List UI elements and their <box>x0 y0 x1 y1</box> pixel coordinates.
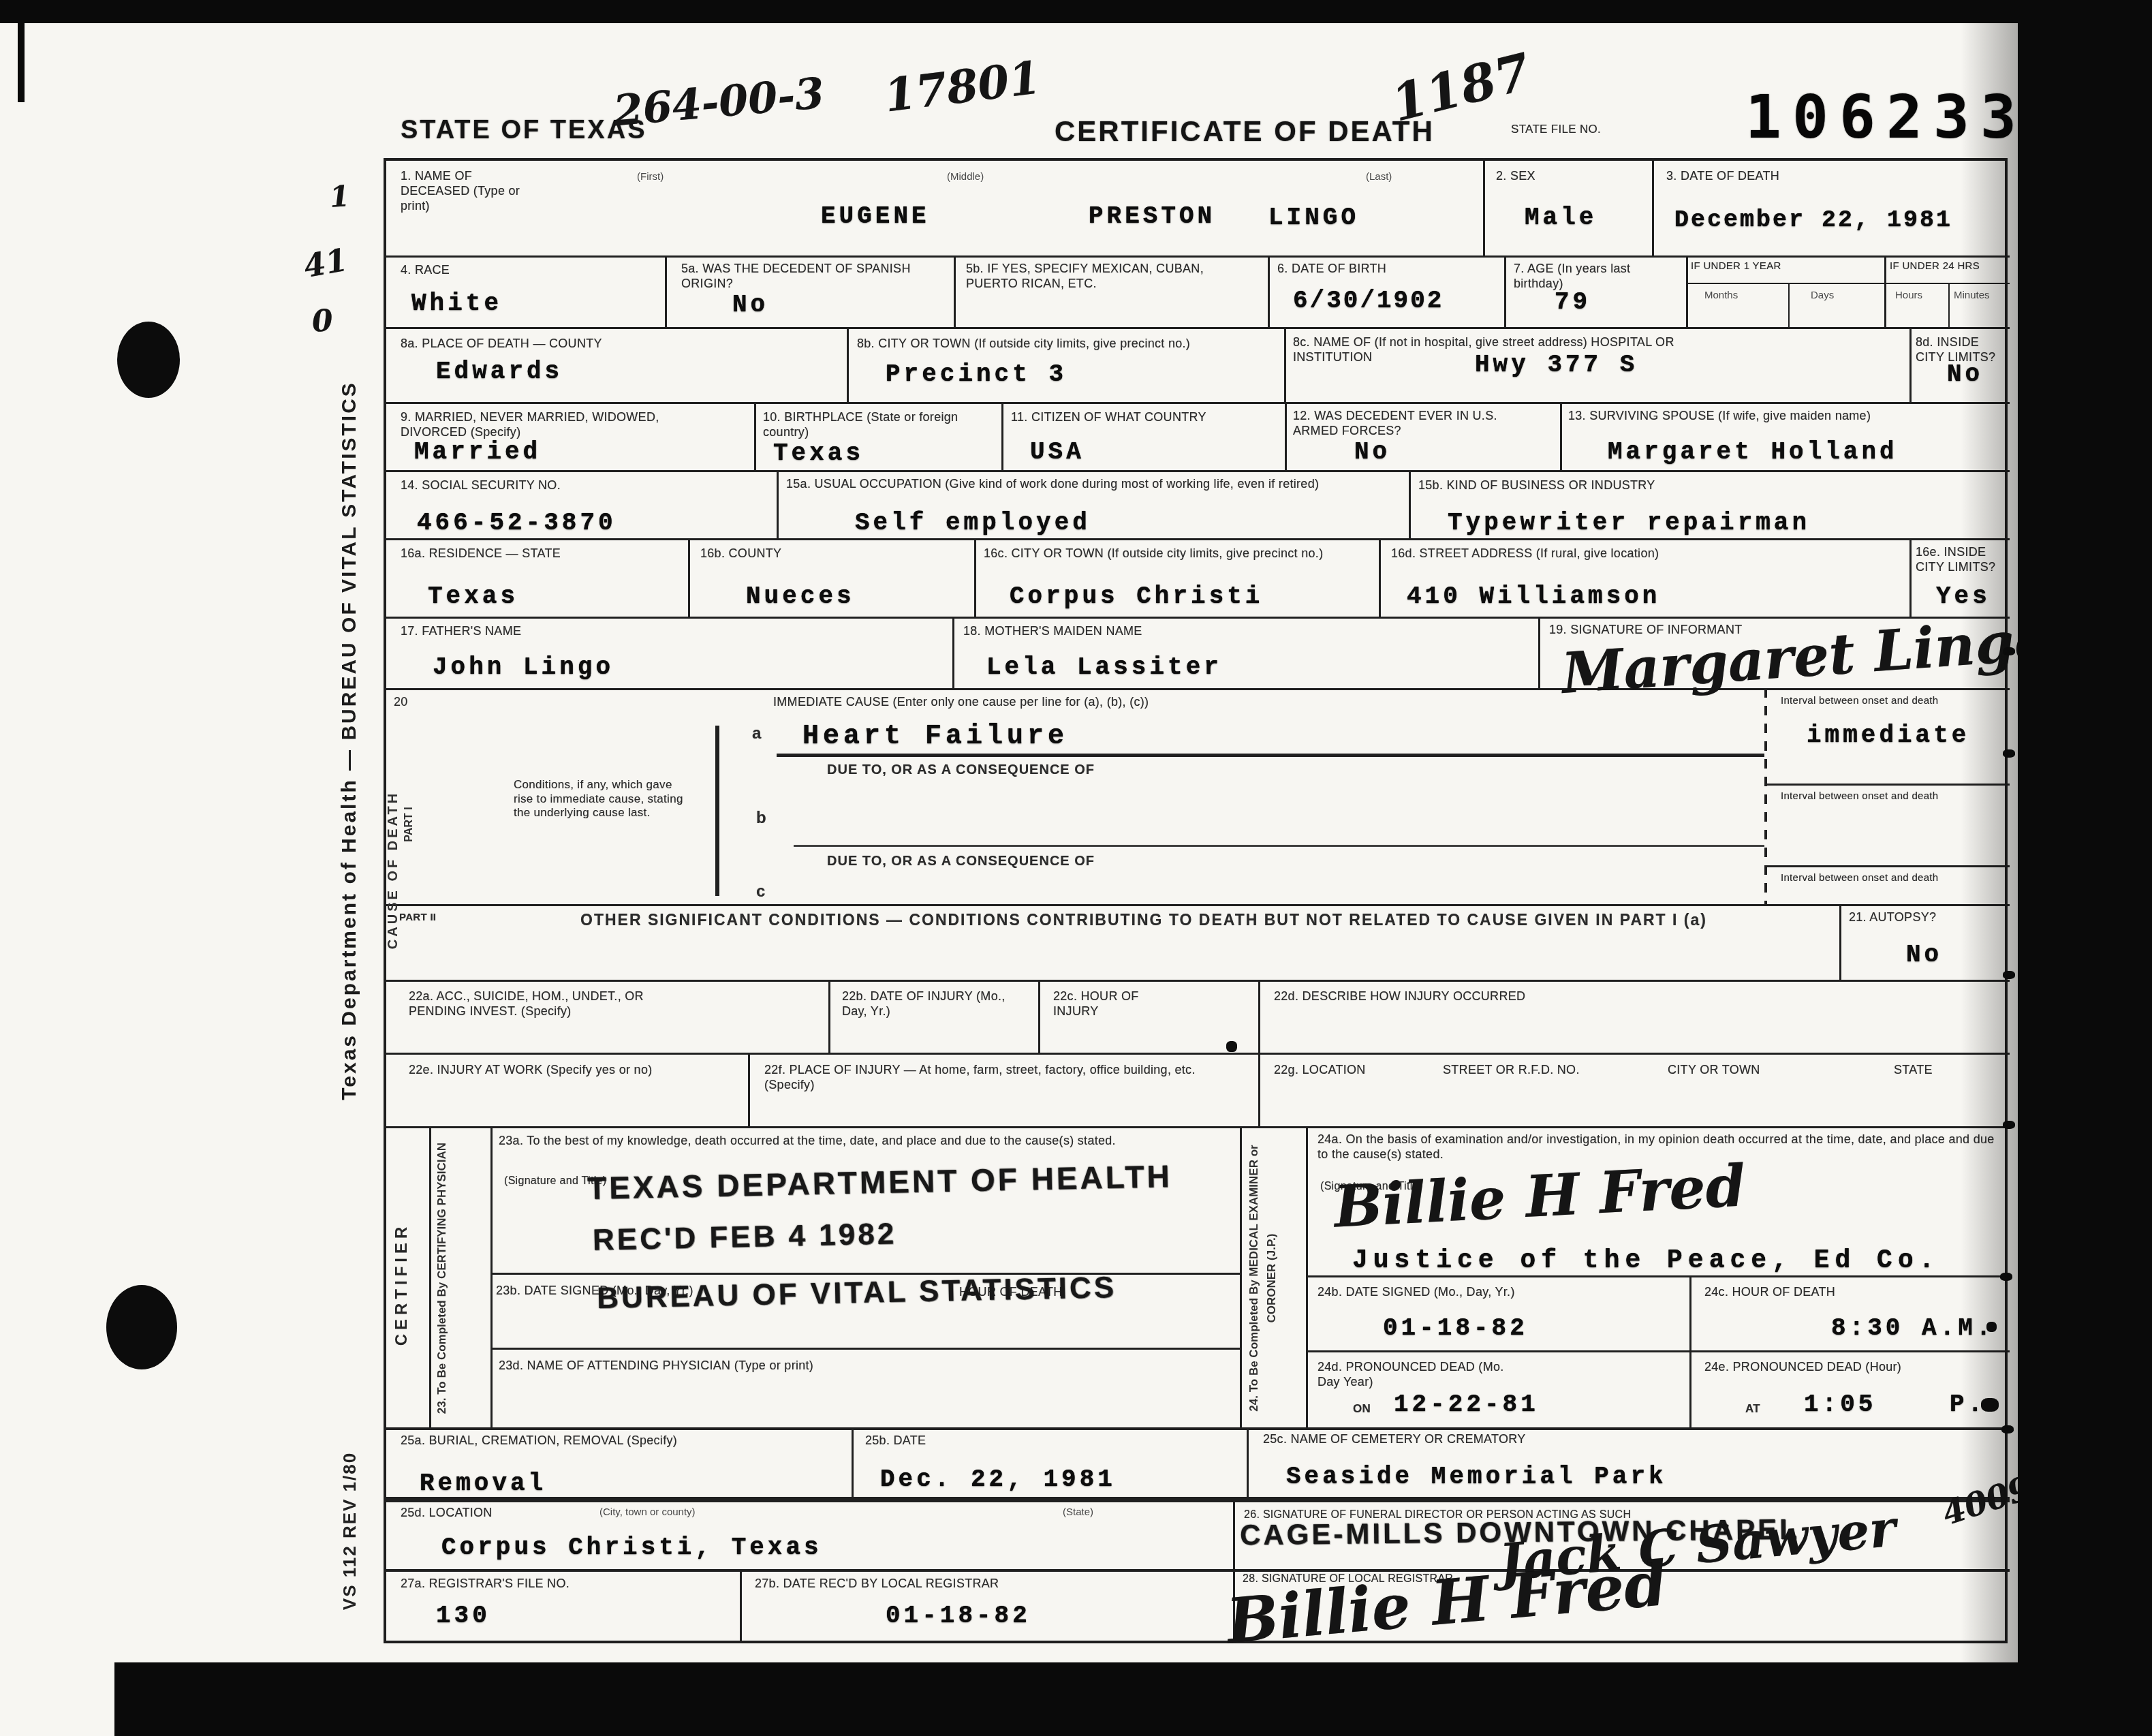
punch-hole-bottom <box>106 1285 177 1369</box>
location-city-hint: (City, town or county) <box>599 1507 696 1519</box>
margin-form-code: VS 112 REV 1/80 <box>339 1419 360 1643</box>
injury-22g-label: 22g. LOCATION <box>1274 1063 1366 1078</box>
grid-line-h <box>384 980 2010 982</box>
due-to-label-1: DUE TO, OR AS A CONSEQUENCE OF <box>827 762 1095 778</box>
date-received-value: 01-18-82 <box>886 1604 1031 1628</box>
name-label: 1. NAME OF DECEASED (Type or print) <box>401 169 544 214</box>
location-label: 25d. LOCATION <box>401 1506 493 1521</box>
grid-line-h <box>384 1053 2010 1055</box>
citizen-label: 11. CITIZEN OF WHAT COUNTRY <box>1011 410 1215 425</box>
grid-line-v <box>1909 538 1912 617</box>
pronounced-dead-hour-label: 24e. PRONOUNCED DEAD (Hour) <box>1704 1360 1936 1375</box>
state-file-no-label: STATE FILE NO. <box>1511 123 1601 137</box>
spanish-specify-label: 5b. IF YES, SPECIFY MEXICAN, CUBAN, PUER… <box>966 262 1225 292</box>
grid-line-v <box>1560 402 1562 470</box>
pronounced-dead-date-label: 24d. PRONOUNCED DEAD (Mo. Day Year) <box>1317 1360 1529 1390</box>
sex-label: 2. SEX <box>1496 169 1535 184</box>
place-of-death-county-label: 8a. PLACE OF DEATH — COUNTY <box>401 337 625 352</box>
name-last-value: LINGO <box>1268 206 1359 230</box>
due-to-label-2: DUE TO, OR AS A CONSEQUENCE OF <box>827 853 1095 869</box>
scan-band-top <box>0 0 2152 23</box>
attending-physician-label: 23d. NAME OF ATTENDING PHYSICIAN (Type o… <box>499 1359 989 1374</box>
medical-examiner-signature: Billie H Fred <box>1332 1160 1747 1233</box>
days-label: Days <box>1811 290 1834 302</box>
grid-line-h <box>490 1273 1240 1275</box>
grid-line-v <box>1884 255 1886 327</box>
ink-blot <box>1226 1041 1237 1052</box>
grid-line-h <box>1306 1350 2010 1352</box>
marital-label: 9. MARRIED, NEVER MARRIED, WIDOWED, DIVO… <box>401 410 728 440</box>
grid-line-v <box>1233 1497 1235 1569</box>
sex-value: Male <box>1525 206 1597 230</box>
dob-value: 6/30/1902 <box>1293 289 1444 313</box>
grid-line-v <box>777 470 779 538</box>
date-signed-label: 24b. DATE SIGNED (Mo., Day, Yr.) <box>1317 1285 1610 1300</box>
grid-line-h <box>384 1126 2010 1128</box>
citizen-value: USA <box>1030 440 1085 465</box>
ssn-label: 14. SOCIAL SECURITY NO. <box>401 478 561 493</box>
grid-line-v <box>1258 1053 1260 1126</box>
ssn-value: 466-52-3870 <box>417 511 617 536</box>
armed-forces-value: No <box>1354 440 1390 465</box>
handwritten-code-1: 264-00-3 <box>612 74 826 131</box>
race-label: 4. RACE <box>401 263 450 278</box>
grid-line-v <box>1284 327 1286 402</box>
residence-street-value: 410 Williamson <box>1407 585 1660 609</box>
grid-line-v <box>754 402 756 470</box>
injury-22e-label: 22e. INJURY AT WORK (Specify yes or no) <box>409 1063 668 1078</box>
grid-line-v <box>1247 1427 1249 1497</box>
part1-number: 20 <box>394 695 408 710</box>
margin-handwritten-1: 1 <box>329 183 351 211</box>
grid-line-v <box>1379 538 1381 617</box>
scan-band-right <box>2018 0 2152 1736</box>
grid-line-h <box>384 1569 2010 1572</box>
location-value: Corpus Christi, Texas <box>441 1536 822 1560</box>
at-prefix: AT <box>1745 1402 1760 1416</box>
residence-city-label: 16c. CITY OR TOWN (If outside city limit… <box>984 546 1365 561</box>
father-value: John Lingo <box>433 655 614 680</box>
grid-line-h <box>384 327 2010 329</box>
residence-county-label: 16b. COUNTY <box>700 546 781 561</box>
tab-23-vertical-label: 23. To Be Completed By CERTIFYING PHYSIC… <box>433 1132 451 1424</box>
paper-scan: Texas Department of Health — BUREAU OF V… <box>0 0 2152 1736</box>
first-hint: (First) <box>637 172 664 183</box>
grid-line-v <box>688 538 690 617</box>
grid-line-v <box>1538 617 1540 688</box>
grid-line-v <box>1909 327 1912 402</box>
grid-line-v <box>1268 255 1270 327</box>
interval-label-a: Interval between onset and death <box>1781 695 1985 707</box>
city-value: Precinct 3 <box>886 362 1067 387</box>
scanned-death-certificate: Texas Department of Health — BUREAU OF V… <box>0 0 2152 1736</box>
burial-date-value: Dec. 22, 1981 <box>880 1468 1116 1492</box>
cause-of-death-vertical-label: CAUSE OF DEATH <box>386 758 401 982</box>
name-first-value: EUGENE <box>821 204 930 229</box>
middle-hint: (Middle) <box>947 172 984 183</box>
spanish-origin-label: 5a. WAS THE DECEDENT OF SPANISH ORIGIN? <box>681 262 933 292</box>
mother-label: 18. MOTHER'S MAIDEN NAME <box>963 624 1142 639</box>
residence-state-label: 16a. RESIDENCE — STATE <box>401 546 605 561</box>
cemetery-label: 25c. NAME OF CEMETERY OR CREMATORY <box>1263 1432 1753 1447</box>
armed-forces-label: 12. WAS DECEDENT EVER IN U.S. ARMED FORC… <box>1293 409 1545 439</box>
certifier-vertical-label: CERTIFIER <box>392 1158 411 1410</box>
date-of-death-label: 3. DATE OF DEATH <box>1666 169 1779 184</box>
grid-line-v <box>1948 283 1950 327</box>
grid-line-v <box>429 1126 431 1427</box>
line-a-marker: a <box>752 724 762 743</box>
last-hint: (Last) <box>1366 172 1392 183</box>
grid-line-v <box>847 327 849 402</box>
birthplace-label: 10. BIRTHPLACE (State or foreign country… <box>763 410 988 440</box>
state-of-texas-heading: STATE OF TEXAS <box>401 117 647 143</box>
cemetery-value: Seaside Memorial Park <box>1286 1465 1667 1489</box>
residence-county-value: Nueces <box>746 585 855 609</box>
months-label: Months <box>1704 290 1738 302</box>
line-c-marker: c <box>756 882 766 901</box>
grid-line-v <box>1240 1126 1242 1427</box>
certifier-23a-label: 23a. To the best of my knowledge, death … <box>499 1134 1221 1149</box>
date-received-label: 27b. DATE REC'D BY LOCAL REGISTRAR <box>755 1577 1177 1592</box>
city-town-column-label: CITY OR TOWN <box>1668 1063 1760 1078</box>
certificate-title: CERTIFICATE OF DEATH <box>1055 117 1435 146</box>
punch-hole-top <box>117 322 180 398</box>
grid-line-v <box>852 1427 854 1497</box>
grid-line-h <box>1306 1275 2010 1277</box>
grid-line-v <box>1788 283 1790 327</box>
hours-label: Hours <box>1895 290 1922 302</box>
mother-value: Lela Lassiter <box>986 655 1222 680</box>
father-label: 17. FATHER'S NAME <box>401 624 521 639</box>
registrar-file-value: 130 <box>436 1604 490 1628</box>
age-value: 79 <box>1555 290 1591 315</box>
burial-label: 25a. BURIAL, CREMATION, REMOVAL (Specify… <box>401 1433 789 1448</box>
hour-of-death-label: 24c. HOUR OF DEATH <box>1704 1285 1835 1300</box>
cause-sidenote: Conditions, if any, which gave rise to i… <box>514 778 692 820</box>
cause-a-value: Heart Failure <box>802 724 1068 751</box>
line-b-marker: b <box>756 808 766 828</box>
marital-value: Married <box>414 440 541 465</box>
handwritten-code-2: 17801 <box>882 57 1042 117</box>
street-rfd-label: STREET OR R.F.D. NO. <box>1443 1063 1580 1078</box>
tab-24-vertical-label: 24. To Be Completed By MEDICAL EXAMINER … <box>1245 1132 1280 1424</box>
grid-line-v <box>954 255 956 327</box>
scan-edge-shadow <box>1961 0 2018 1736</box>
residence-city-value: Corpus Christi <box>1010 585 1263 609</box>
grid-line-h <box>384 402 2010 404</box>
interval-a-value: immediate <box>1807 724 1969 748</box>
grid-line-v <box>1001 402 1003 470</box>
cause-line-a-rule <box>777 754 1764 757</box>
margin-handwritten-3: 0 <box>311 307 334 336</box>
grid-line-v <box>974 538 976 617</box>
pronounced-dead-date-value: 12-22-81 <box>1394 1393 1539 1417</box>
part1-vertical-label: PART I <box>403 784 416 865</box>
grid-line-v <box>1258 980 1260 1053</box>
registrar-file-label: 27a. REGISTRAR'S FILE NO. <box>401 1577 693 1592</box>
cause-bracket-line <box>715 726 719 896</box>
surviving-spouse-value: Margaret Holland <box>1608 440 1898 465</box>
grid-line-v <box>1652 158 1654 255</box>
hospital-value: Hwy 377 S <box>1475 353 1638 377</box>
occupation-label: 15a. USUAL OCCUPATION (Give kind of work… <box>786 477 1386 492</box>
autopsy-value: No <box>1906 943 1942 967</box>
scan-edge-line <box>18 0 25 102</box>
grid-line-h <box>490 1348 1240 1350</box>
handwritten-mark: 1187 <box>1388 49 1535 127</box>
date-of-death-value: December 22, 1981 <box>1674 208 1952 232</box>
injury-22d-label: 22d. DESCRIBE HOW INJURY OCCURRED <box>1274 989 1764 1004</box>
grid-line-v <box>828 980 830 1053</box>
residence-state-value: Texas <box>428 585 518 609</box>
city-or-town-label: 8b. CITY OR TOWN (If outside city limits… <box>857 337 1266 352</box>
name-middle-value: PRESTON <box>1089 204 1215 229</box>
stamp-line-2: REC'D FEB 4 1982 <box>593 1219 897 1255</box>
grid-line-h <box>384 617 2010 619</box>
grid-line-v <box>748 1053 750 1126</box>
surviving-spouse-label: 13. SURVIVING SPOUSE (If wife, give maid… <box>1568 409 2004 424</box>
grid-line-h <box>384 255 2010 258</box>
grid-line-v <box>665 255 667 327</box>
injury-22c-label: 22c. HOUR OF INJURY <box>1053 989 1183 1019</box>
interval-label-b: Interval between onset and death <box>1781 790 1985 803</box>
under-1-year-label: IF UNDER 1 YEAR <box>1691 260 1882 273</box>
burial-value: Removal <box>420 1472 546 1496</box>
on-prefix: ON <box>1353 1402 1371 1416</box>
age-label: 7. AGE (In years last birthday) <box>1514 262 1670 292</box>
grid-line-v <box>1504 255 1506 327</box>
margin-department-text: Texas Department of Health — BUREAU OF V… <box>338 185 361 1296</box>
residence-street-label: 16d. STREET ADDRESS (If rural, give loca… <box>1391 546 1868 561</box>
date-signed-value: 01-18-82 <box>1383 1316 1528 1341</box>
burial-date-label: 25b. DATE <box>865 1433 926 1448</box>
grid-line-h <box>384 1497 2010 1502</box>
grid-line-v <box>1038 980 1040 1053</box>
margin-handwritten-2: 41 <box>302 246 349 281</box>
grid-line-v <box>1483 158 1485 255</box>
medical-examiner-title: Justice of the Peace, Ed Co. <box>1352 1248 1940 1274</box>
grid-line-v <box>490 1126 493 1427</box>
dob-label: 6. DATE OF BIRTH <box>1277 262 1454 277</box>
grid-line-h <box>384 470 2010 472</box>
grid-line-v <box>952 617 954 688</box>
grid-line-v <box>1409 470 1411 538</box>
immediate-cause-label: IMMEDIATE CAUSE (Enter only one cause pe… <box>773 695 1795 710</box>
part2-conditions-label: OTHER SIGNIFICANT CONDITIONS — CONDITION… <box>580 910 1875 929</box>
grid-line-h <box>384 1427 2010 1430</box>
race-value: White <box>411 292 502 316</box>
grid-line-v <box>1306 1126 1308 1427</box>
industry-label: 15b. KIND OF BUSINESS OR INDUSTRY <box>1418 478 1827 493</box>
grid-line-v <box>1689 1275 1691 1427</box>
injury-22b-label: 22b. DATE OF INJURY (Mo., Day, Yr.) <box>842 989 1019 1019</box>
grid-line-v <box>1285 402 1287 470</box>
location-state-hint: (State) <box>1063 1507 1093 1519</box>
scan-band-bottom <box>114 1662 2152 1736</box>
interval-label-c: Interval between onset and death <box>1781 872 1985 884</box>
part2-label: PART II <box>399 912 443 924</box>
pronounced-dead-hour-value: 1:05 <box>1804 1393 1876 1417</box>
cause-line-b-rule <box>794 845 1764 847</box>
grid-line-h <box>384 538 2010 540</box>
injury-22f-label: 22f. PLACE OF INJURY — At home, farm, st… <box>764 1063 1200 1093</box>
injury-22a-label: 22a. ACC., SUICIDE, HOM., UNDET., OR PEN… <box>409 989 702 1019</box>
state-column-label: STATE <box>1894 1063 1933 1078</box>
grid-line-h <box>384 904 2010 906</box>
grid-line-v <box>740 1569 742 1643</box>
spanish-origin-value: No <box>732 293 768 317</box>
industry-value: Typewriter repairman <box>1448 511 1810 536</box>
grid-line-v <box>1686 255 1688 327</box>
interval-dashed-divider <box>1764 688 1767 904</box>
county-value: Edwards <box>436 360 563 384</box>
birthplace-value: Texas <box>773 441 864 466</box>
occupation-value: Self employed <box>855 511 1091 536</box>
